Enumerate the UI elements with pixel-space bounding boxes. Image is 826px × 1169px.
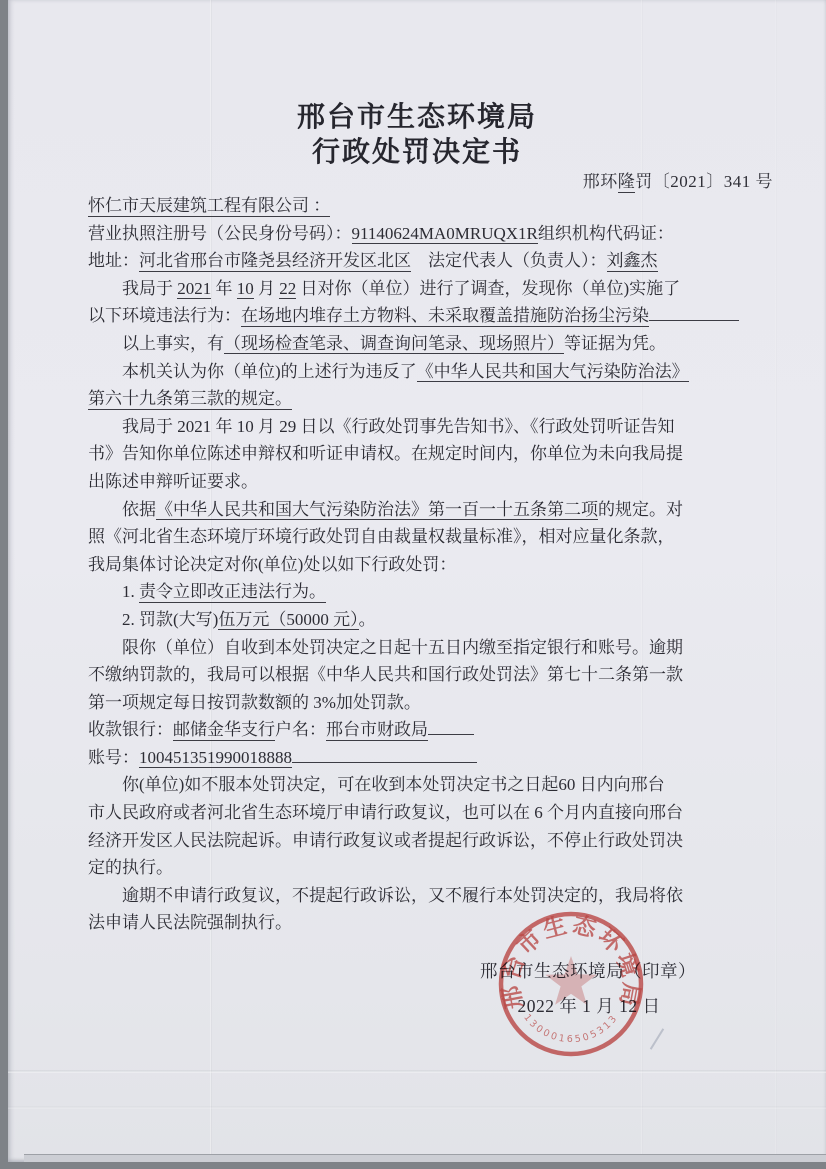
text-segment: 《中华人民共和国大气污染防治法》 — [417, 362, 689, 383]
text-segment: 伍万元（50000 元） — [218, 610, 358, 631]
document-line: 限你（单位）自收到本处罚决定之日起十五日内缴至指定银行和账号。逾期 — [88, 634, 766, 662]
text-segment: 账号： — [88, 748, 139, 767]
text-segment: 照《河北省生态环境厅环境行政处罚自由裁量权裁量标准》，相对应量化条款， — [88, 527, 675, 546]
document-line: 收款银行：邮储金华支行户名：邢台市财政局 — [88, 716, 766, 744]
text-segment: 。 — [359, 610, 376, 629]
text-segment: 户名： — [275, 720, 326, 739]
document-line: 我局于 2021 年 10 月 22 日对你（单位）进行了调查，发现你（单位)实… — [88, 275, 766, 303]
text-segment: 2. 罚款(大写) — [88, 610, 218, 629]
document-title-line1: 邢台市生态环境局 — [8, 95, 826, 135]
document-line: 1. 责令立即改正违法行为。 — [88, 578, 766, 606]
text-segment: 月 — [254, 279, 280, 298]
text-segment: 91140624MA0MRUQX1R — [352, 224, 538, 245]
seal-serial-number: 1300016505313 — [521, 1012, 620, 1045]
official-seal: 邢台市生态环境局 1300016505313 — [495, 909, 647, 1059]
document-number: 邢环隆罚〔2021〕341 号 — [583, 167, 773, 192]
text-segment: 责令立即改正违法行为。 — [139, 582, 326, 603]
document-line: 2. 罚款(大写)伍万元（50000 元）。 — [88, 606, 766, 634]
document-title-line2: 行政处罚决定书 — [8, 130, 826, 170]
document-line: 第一项规定每日按罚款数额的 3%加处罚款。 — [88, 689, 766, 717]
text-segment: 10 — [237, 279, 254, 300]
text-segment: 限你（单位）自收到本处罚决定之日起十五日内缴至指定银行和账号。逾期 — [88, 638, 683, 657]
text-segment: 依据 — [88, 500, 156, 519]
text-segment: 营业执照注册号（公民身份号码）： — [88, 224, 352, 243]
document-line: 出陈述申辩听证要求。 — [88, 468, 766, 496]
text-segment: 以下环境违法行为： — [88, 306, 241, 325]
text-segment: 河北省邢台市隆尧县经济开发区北区 — [139, 251, 411, 272]
document-line: 怀仁市天辰建筑工程有限公司 ： — [88, 192, 766, 220]
text-segment: （现场检查笔录、调查询问笔录、现场照片） — [224, 334, 564, 355]
document-line: 以下环境违法行为：在场地内堆存土方物料、未采取覆盖措施防治扬尘污染 — [88, 302, 766, 330]
document-line: 照《河北省生态环境厅环境行政处罚自由裁量权裁量标准》，相对应量化条款， — [88, 523, 766, 551]
text-segment: 收款银行： — [88, 720, 173, 739]
document-line: 本机关认为你（单位)的上述行为违反了《中华人民共和国大气污染防治法》 — [88, 358, 766, 386]
document-line: 账号：100451351990018888 — [88, 744, 766, 772]
text-segment: 以上事实，有 — [88, 334, 224, 353]
fold-crease-horizontal — [8, 1106, 826, 1109]
document-line: 经济开发区人民法院起诉。申请行政复议或者提起行政诉讼，不停止行政处罚决 — [88, 827, 766, 855]
text-segment: 邮储金华支行 — [173, 720, 275, 741]
text-segment: 年 — [211, 279, 237, 298]
text-segment — [649, 307, 739, 322]
document-line: 依据《中华人民共和国大气污染防治法》第一百一十五条第二项的规定。对 — [88, 496, 766, 524]
text-segment: 第六十九条第三款的规定。 — [88, 389, 292, 410]
scanner-bed-edge — [24, 1154, 826, 1162]
text-segment: 逾期不申请行政复议，不提起行政诉讼，又不履行本处罚决定的，我局将依 — [88, 886, 683, 905]
document-line: 定的执行。 — [88, 854, 766, 882]
text-segment: 的规定。对 — [598, 500, 683, 519]
svg-text:1300016505313: 1300016505313 — [521, 1012, 620, 1045]
text-segment: 出陈述申辩听证要求。 — [88, 472, 258, 491]
document-line: 营业执照注册号（公民身份号码）：91140624MA0MRUQX1R组织机构代码… — [88, 220, 766, 248]
text-segment: 邢台市财政局 — [326, 720, 428, 741]
document-line: 我局集体讨论决定对你(单位)处以如下行政处罚： — [88, 551, 766, 579]
document-line: 法申请人民法院强制执行。 — [88, 909, 766, 937]
text-segment: 我局于 — [88, 279, 177, 298]
text-segment: 地址： — [88, 251, 139, 270]
document-line: 第六十九条第三款的规定。 — [88, 385, 766, 413]
text-segment: 1. — [88, 582, 139, 601]
document-line: 逾期不申请行政复议，不提起行政诉讼，又不履行本处罚决定的，我局将依 — [88, 882, 766, 910]
text-segment: 在场地内堆存土方物料、未采取覆盖措施防治扬尘污染 — [241, 306, 649, 327]
text-segment: 隆 — [618, 172, 636, 193]
text-segment: 法申请人民法院强制执行。 — [88, 913, 292, 932]
text-segment: 定的执行。 — [88, 858, 173, 877]
text-segment: 法定代表人（负责人）： — [411, 251, 607, 270]
seal-star-icon — [545, 956, 596, 1005]
text-segment: 22 — [279, 279, 296, 300]
text-segment: 经济开发区人民法院起诉。申请行政复议或者提起行政诉讼，不停止行政处罚决 — [88, 831, 683, 850]
pen-mark — [650, 1028, 664, 1049]
document-line: 你(单位)如不服本处罚决定，可在收到本处罚决定书之日起60 日内向邢台 — [88, 771, 766, 799]
text-segment — [292, 748, 477, 763]
text-segment: 书》告知你单位陈述申辩权和听证申请权。在规定时间内，你单位为未向我局提 — [88, 444, 683, 463]
text-segment: 你(单位)如不服本处罚决定，可在收到本处罚决定书之日起60 日内向邢台 — [88, 775, 665, 794]
text-segment: 邢环 — [583, 172, 618, 191]
text-segment: 组织机构代码证： — [538, 224, 674, 243]
text-segment: 等证据为凭。 — [564, 334, 666, 353]
text-segment: 我局于 2021 年 10 月 29 日以《行政处罚事先告知书》、《行政处罚听证… — [88, 417, 675, 436]
text-segment: 2021 — [177, 279, 211, 300]
text-segment: 怀仁市天辰建筑工程有限公司 ： — [88, 196, 330, 217]
text-segment: 罚〔2021〕341 号 — [635, 172, 773, 191]
scanned-document: 邢台市生态环境局 行政处罚决定书 邢环隆罚〔2021〕341 号 怀仁市天辰建筑… — [0, 0, 826, 1169]
document-line: 书》告知你单位陈述申辩权和听证申请权。在规定时间内，你单位为未向我局提 — [88, 440, 766, 468]
text-segment: 本机关认为你（单位)的上述行为违反了 — [88, 362, 417, 381]
paper: 邢台市生态环境局 行政处罚决定书 邢环隆罚〔2021〕341 号 怀仁市天辰建筑… — [8, 0, 826, 1162]
text-segment: 第一项规定每日按罚款数额的 3%加处罚款。 — [88, 693, 421, 712]
text-segment: 日对你（单位）进行了调查，发现你（单位)实施了 — [296, 279, 680, 298]
fold-crease-horizontal — [8, 1070, 826, 1073]
text-segment: 100451351990018888 — [139, 748, 292, 769]
text-segment: 《中华人民共和国大气污染防治法》第一百一十五条第二项 — [156, 500, 598, 521]
document-line: 以上事实，有（现场检查笔录、调查询问笔录、现场照片）等证据为凭。 — [88, 330, 766, 358]
text-segment: 我局集体讨论决定对你(单位)处以如下行政处罚： — [88, 555, 456, 574]
document-line: 市人民政府或者河北省生态环境厅申请行政复议，也可以在 6 个月内直接向邢台 — [88, 799, 766, 827]
document-line: 我局于 2021 年 10 月 29 日以《行政处罚事先告知书》、《行政处罚听证… — [88, 413, 766, 441]
text-segment: 刘鑫杰 — [607, 251, 658, 272]
text-segment: 市人民政府或者河北省生态环境厅申请行政复议，也可以在 6 个月内直接向邢台 — [88, 803, 683, 822]
document-line: 地址：河北省邢台市隆尧县经济开发区北区 法定代表人（负责人）：刘鑫杰 — [88, 247, 766, 275]
fold-crease-vertical — [775, 0, 777, 1162]
document-body: 怀仁市天辰建筑工程有限公司 ：营业执照注册号（公民身份号码）：91140624M… — [88, 192, 766, 937]
text-segment: 不缴纳罚款的，我局可以根据《中华人民共和国行政处罚法》第七十二条第一款 — [88, 665, 683, 684]
text-segment — [428, 721, 474, 736]
document-line: 不缴纳罚款的，我局可以根据《中华人民共和国行政处罚法》第七十二条第一款 — [88, 661, 766, 689]
